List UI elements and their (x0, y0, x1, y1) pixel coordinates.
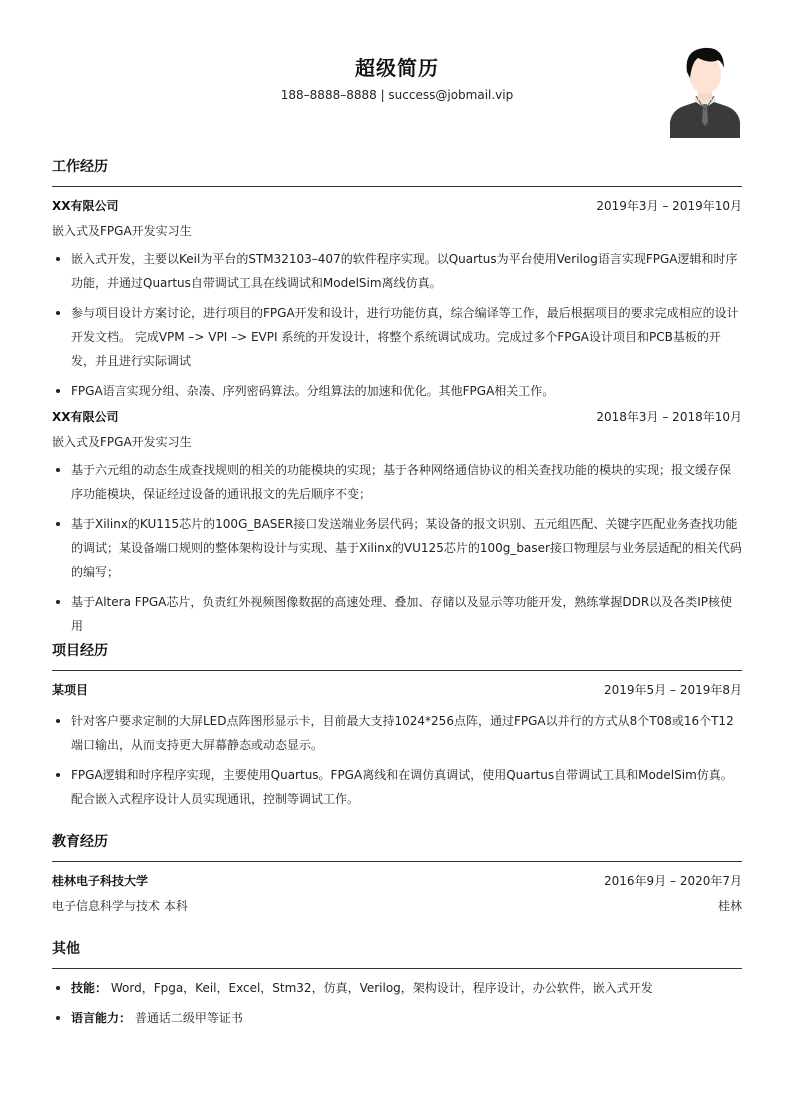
school-name: 桂林电子科技大学 (52, 871, 148, 891)
list-item: FPGA逻辑和时序程序实现，主要使用Quartus。FPGA离线和在调仿真调试，… (52, 763, 742, 811)
education-section: 教育经历 桂林电子科技大学 2016年9月 – 2020年7月 电子信息科学与技… (52, 831, 742, 916)
contact-info: 188–8888–8888 | success@jobmail.vip (52, 88, 742, 102)
job-role: 嵌入式及FPGA开发实习生 (52, 221, 742, 241)
list-item: 技能： Word，Fpga，Keil，Excel，Stm32，仿真，Verilo… (52, 976, 742, 1000)
language-label: 语言能力： (71, 1011, 131, 1025)
location: 桂林 (718, 896, 742, 916)
section-divider (52, 186, 742, 187)
section-title: 其他 (52, 938, 742, 960)
date-range: 2018年3月 – 2018年10月 (596, 407, 742, 427)
list-item: 基于Altera FPGA芯片，负责红外视频图像数据的高速处理、叠加、存储以及显… (52, 590, 742, 638)
work-entry: XX有限公司 2019年3月 – 2019年10月 嵌入式及FPGA开发实习生 … (52, 196, 742, 403)
list-item: FPGA语言实现分组、杂凑、序列密码算法。分组算法的加速和优化。其他FPGA相关… (52, 379, 742, 403)
section-divider (52, 670, 742, 671)
resume-header: 超级简历 188–8888–8888 | success@jobmail.vip (52, 0, 742, 150)
section-title: 教育经历 (52, 831, 742, 853)
section-title: 工作经历 (52, 156, 742, 178)
section-divider (52, 968, 742, 969)
list-item: 参与项目设计方案讨论，进行项目的FPGA开发和设计，进行功能仿真，综合编译等工作… (52, 301, 742, 373)
bullet-list: 技能： Word，Fpga，Keil，Excel，Stm32，仿真，Verilo… (52, 976, 742, 1030)
project-entry: 某项目 2019年5月 – 2019年8月 针对客户要求定制的大屏LED点阵图形… (52, 680, 742, 811)
list-item: 语言能力： 普通话二级甲等证书 (52, 1006, 742, 1030)
list-item: 针对客户要求定制的大屏LED点阵图形显示卡，目前最大支持1024*256点阵，通… (52, 709, 742, 757)
bullet-list: 针对客户要求定制的大屏LED点阵图形显示卡，目前最大支持1024*256点阵，通… (52, 709, 742, 811)
project-experience-section: 项目经历 某项目 2019年5月 – 2019年8月 针对客户要求定制的大屏LE… (52, 640, 742, 817)
section-divider (52, 861, 742, 862)
date-range: 2016年9月 – 2020年7月 (604, 871, 742, 891)
list-item: 基于六元组的动态生成查找规则的相关的功能模块的实现；基于各种网络通信协议的相关查… (52, 458, 742, 506)
list-item: 基于Xilinx的KU115芯片的100G_BASER接口发送端业务层代码；某设… (52, 512, 742, 584)
resume-name: 超级简历 (52, 52, 742, 81)
language-value: 普通话二级甲等证书 (135, 1011, 243, 1025)
resume-page: 超级简历 188–8888–8888 | success@jobmail.vip… (52, 0, 742, 150)
bullet-list: 嵌入式开发，主要以Keil为平台的STM32103–407的软件程序实现。以Qu… (52, 247, 742, 403)
person-avatar-icon (670, 44, 740, 138)
skills-label: 技能： (71, 981, 107, 995)
work-experience-section: 工作经历 XX有限公司 2019年3月 – 2019年10月 嵌入式及FPGA开… (52, 156, 742, 644)
list-item: 嵌入式开发，主要以Keil为平台的STM32103–407的软件程序实现。以Qu… (52, 247, 742, 295)
major-degree: 电子信息科学与技术 本科 (52, 896, 188, 916)
company-name: XX有限公司 (52, 196, 119, 216)
company-name: XX有限公司 (52, 407, 119, 427)
date-range: 2019年5月 – 2019年8月 (604, 680, 742, 700)
project-name: 某项目 (52, 680, 88, 700)
date-range: 2019年3月 – 2019年10月 (596, 196, 742, 216)
section-title: 项目经历 (52, 640, 742, 662)
skills-value: Word，Fpga，Keil，Excel，Stm32，仿真，Verilog，架构… (111, 981, 653, 995)
work-entry: XX有限公司 2018年3月 – 2018年10月 嵌入式及FPGA开发实习生 … (52, 407, 742, 638)
education-entry: 桂林电子科技大学 2016年9月 – 2020年7月 电子信息科学与技术 本科 … (52, 871, 742, 916)
bullet-list: 基于六元组的动态生成查找规则的相关的功能模块的实现；基于各种网络通信协议的相关查… (52, 458, 742, 638)
other-section: 其他 技能： Word，Fpga，Keil，Excel，Stm32，仿真，Ver… (52, 938, 742, 1036)
job-role: 嵌入式及FPGA开发实习生 (52, 432, 742, 452)
